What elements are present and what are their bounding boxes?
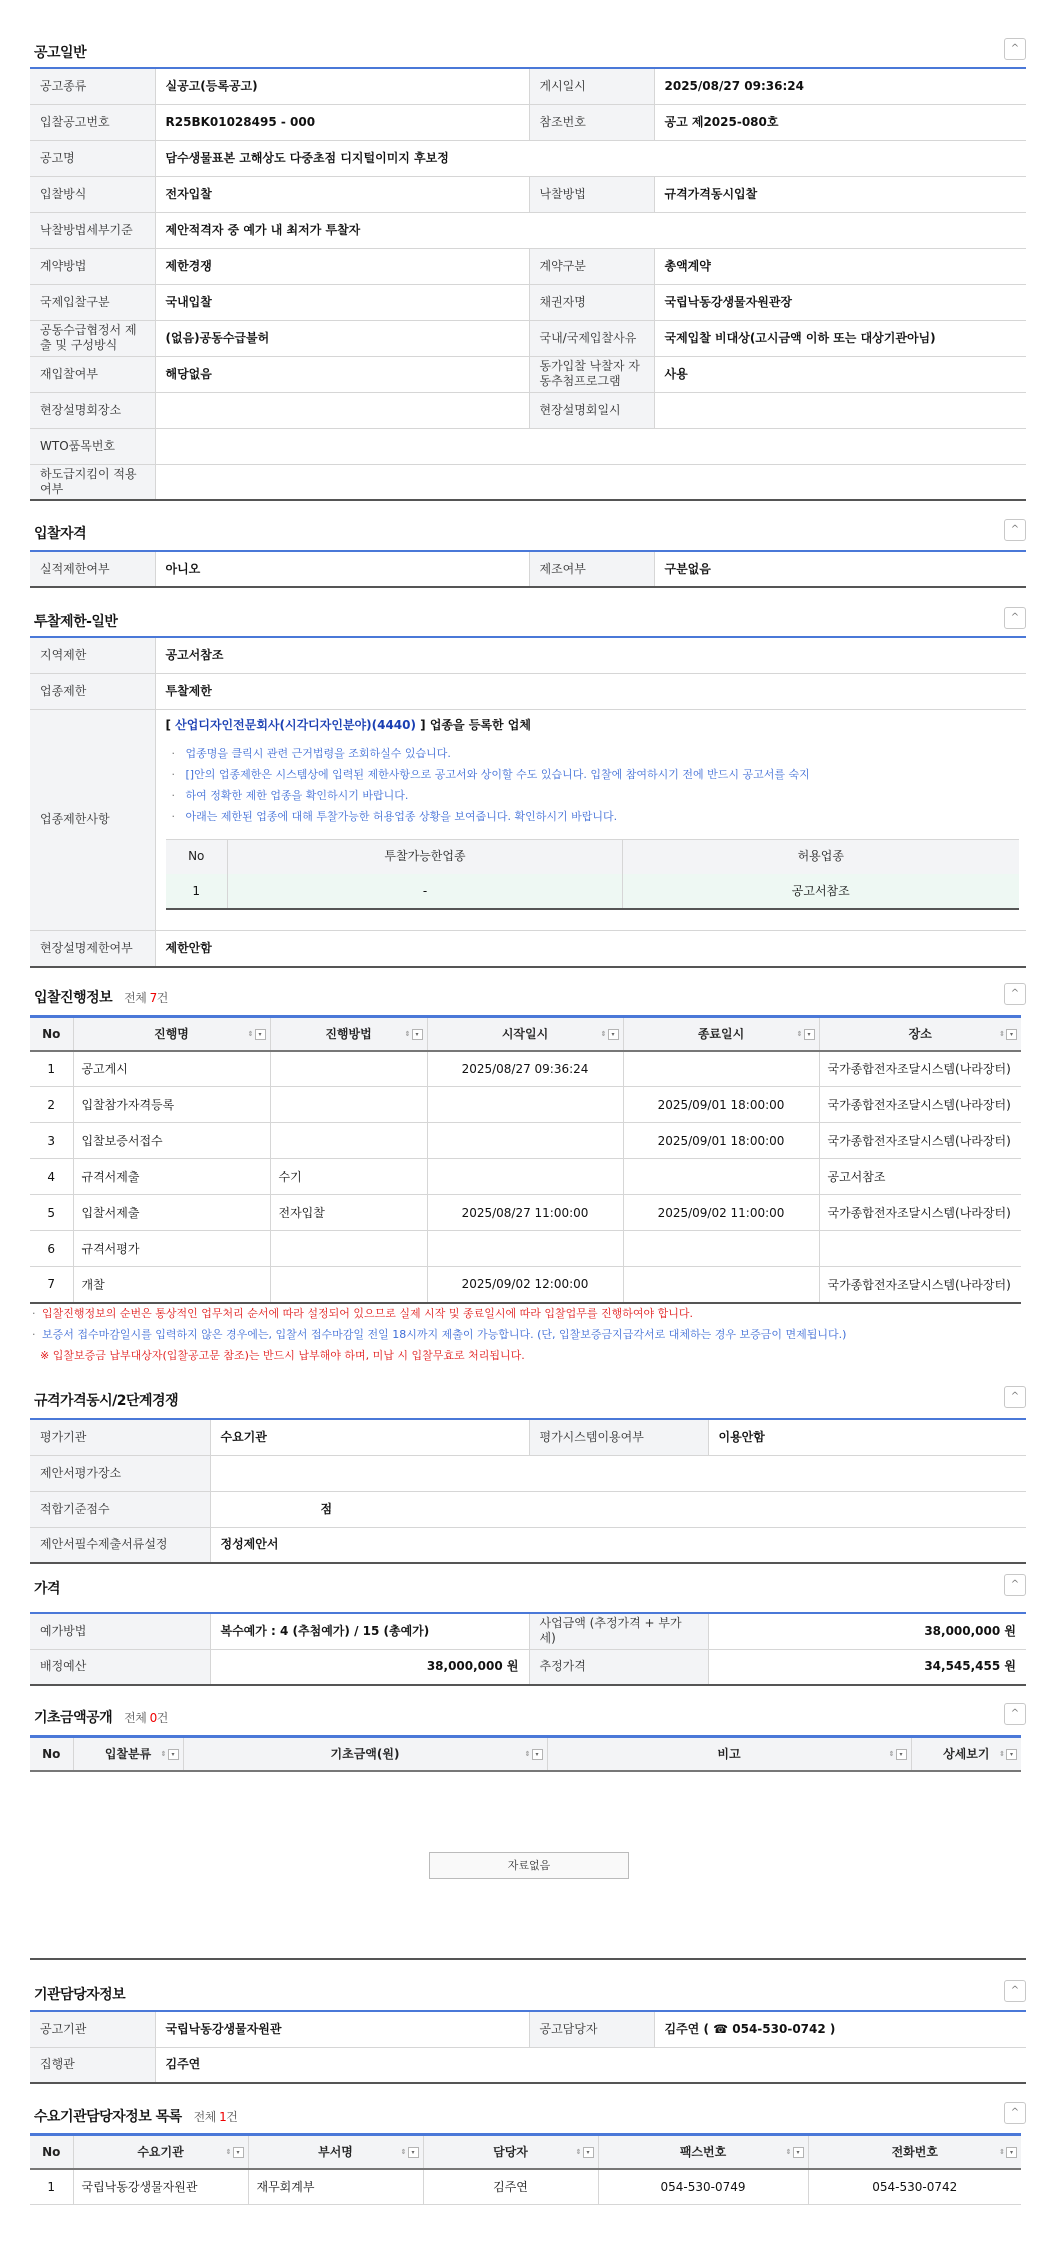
sort-filter-control[interactable]: ⇕▾ [401,2147,419,2158]
table-cell [623,1159,819,1195]
sort-filter-control[interactable]: ⇕▾ [999,1029,1017,1040]
base-price-section-title: 기초금액공개전체 0건 [34,1707,168,1727]
qualification-section-header: 입찰자격 ^ [30,519,1026,547]
field-value: 담수생물표본 고해상도 다중초점 디지털이미지 후보정 [155,140,1026,176]
dropdown-filter-icon[interactable]: ▾ [412,1029,423,1040]
restriction-info-table: 지역제한 공고서참조 업종제한 투찰제한 업종제한사항 [ 산업디자인전문회사(… [30,636,1026,968]
table-row: 7개찰2025/09/02 12:00:00국가종합전자조달시스템(나라장터) [30,1267,1021,1303]
contact-collapse-button[interactable]: ^ [1004,1980,1026,2002]
sort-filter-control[interactable]: ⇕▾ [601,1029,619,1040]
field-value: 국립낙동강생물자원관 [155,2011,529,2047]
note-item-continued: 하여 정확한 제한 업종을 확인하시기 바랍니다. [166,785,1017,806]
table-cell: 1 [30,1051,73,1087]
progress-notes: 입찰진행정보의 순번은 통상적인 업무처리 순서에 따라 설정되어 있으므로 실… [30,1303,1026,1366]
note-item: 업종명을 클릭시 관련 근거법령을 조회하실수 있습니다. [166,743,1017,764]
table-cell [623,1051,819,1087]
sort-icon[interactable]: ⇕ [248,1031,254,1038]
demand-section-title: 수요기관담당자정보 목록전체 1건 [34,2106,237,2126]
table-cell: 국가종합전자조달시스템(나라장터) [819,1267,1021,1303]
table-row: 현장설명제한여부 제한안함 [30,931,1026,967]
field-label: 입찰방식 [30,176,155,212]
field-label: 제안서평가장소 [30,1455,210,1491]
chevron-up-icon: ^ [1011,1985,1019,1996]
qualification-collapse-button[interactable]: ^ [1004,519,1026,541]
field-value: 김주연 ( ☎ 054-530-0742 ) [654,2011,1026,2047]
dropdown-filter-icon[interactable]: ▾ [255,1029,266,1040]
table-cell [270,1087,427,1123]
industry-restriction-detail: [ 산업디자인전문회사(시각디자인분야)(4440) ] 업종을 등록한 업체 … [155,709,1026,931]
table-row: 1공고게시2025/08/27 09:36:24국가종합전자조달시스템(나라장터… [30,1051,1021,1087]
sort-filter-control[interactable]: ⇕▾ [889,1749,907,1760]
table-cell: 재무회계부 [248,2169,423,2205]
field-label: 제안서필수제출서류설정 [30,1527,210,1563]
table-row: 하도급지킴이 적용여부 [30,464,1026,500]
field-value: 공고 제2025-080호 [654,104,1026,140]
field-label: 공고기관 [30,2011,155,2047]
table-row: 입찰방식전자입찰낙찰방법규격가격동시입찰 [30,176,1026,212]
table-row: 1 - 공고서참조 [166,874,1019,909]
field-label: 국내/국제입찰사유 [529,320,654,356]
field-label: 참조번호 [529,104,654,140]
general-info-table: 공고종류실공고(등록공고)게시일시2025/08/27 09:36:24입찰공고… [30,67,1026,501]
table-cell: 공고서참조 [819,1159,1021,1195]
column-header: 투찰가능한업종 [228,839,623,874]
column-header[interactable]: 시작일시⇕▾ [427,1017,623,1051]
field-value: 실공고(등록공고) [155,68,529,104]
column-header[interactable]: 입찰분류⇕▾ [73,1737,183,1771]
sort-icon[interactable]: ⇕ [999,1031,1005,1038]
field-value: 38,000,000 원 [210,1649,529,1685]
restriction-notes: 업종명을 클릭시 관련 근거법령을 조회하실수 있습니다. []안의 업종제한은… [166,743,1017,827]
column-header: No [166,839,228,874]
table-row: 공동수급협정서 제출 및 구성방식(없음)공동수급불허국내/국제입찰사유국제입찰… [30,320,1026,356]
table-cell: 규격서평가 [73,1231,270,1267]
column-header: No [30,1017,73,1051]
table-cell: 2025/09/01 18:00:00 [623,1087,819,1123]
table-row: 공고명담수생물표본 고해상도 다중초점 디지털이미지 후보정 [30,140,1026,176]
table-row: 낙찰방법세부기준제안적격자 중 예가 내 최저가 투찰자 [30,212,1026,248]
chevron-up-icon: ^ [1011,524,1019,535]
table-cell: 국가종합전자조달시스템(나라장터) [819,1123,1021,1159]
field-value: 이용안함 [708,1419,1026,1455]
field-value: 해당없음 [155,356,529,392]
column-header[interactable]: 장소⇕▾ [819,1017,1021,1051]
base-price-section-header: 기초금액공개전체 0건 ^ [30,1703,1026,1731]
no-data-message: 자료없음 [429,1852,629,1879]
allowed-industry-table: No 투찰가능한업종 허용업종 1 - 공고서참조 [166,839,1019,911]
two-stage-section-header: 규격가격동시/2단계경쟁 ^ [30,1386,1026,1414]
demand-section-header: 수요기관담당자정보 목록전체 1건 ^ [30,2102,1026,2130]
field-label: 채권자명 [529,284,654,320]
table-cell [270,1123,427,1159]
field-label: 집행관 [30,2047,155,2083]
table-cell [270,1231,427,1267]
table-row: 실적제한여부아니오제조여부구분없음 [30,551,1026,587]
table-row: 공고종류실공고(등록공고)게시일시2025/08/27 09:36:24 [30,68,1026,104]
base-price-collapse-button[interactable]: ^ [1004,1703,1026,1725]
table-row: 5입찰서제출전자입찰2025/08/27 11:00:002025/09/02 … [30,1195,1021,1231]
sort-filter-control[interactable]: ⇕▾ [797,1029,815,1040]
table-cell: 전자입찰 [270,1195,427,1231]
table-cell: 054-530-0749 [598,2169,808,2205]
field-label: 실적제한여부 [30,551,155,587]
warning-note: 입찰진행정보의 순번은 통상적인 업무처리 순서에 따라 설정되어 있으므로 실… [30,1303,1026,1324]
column-header: 허용업종 [623,839,1019,874]
table-row: 평가기관 수요기관 평가시스템이용여부 이용안함 [30,1419,1026,1455]
qualification-info-table: 실적제한여부아니오제조여부구분없음 [30,550,1026,588]
field-value: 정성제안서 [210,1527,1026,1563]
table-cell: 2025/09/02 11:00:00 [623,1195,819,1231]
table-row: 집행관 김주연 [30,2047,1026,2083]
demand-collapse-button[interactable]: ^ [1004,2102,1026,2124]
field-value: 2025/08/27 09:36:24 [654,68,1026,104]
field-value [155,392,529,428]
table-cell: 규격서제출 [73,1159,270,1195]
field-label: 업종제한 [30,673,155,709]
progress-section-title: 입찰진행정보전체 7건 [34,987,168,1007]
sort-icon[interactable]: ⇕ [601,1031,607,1038]
field-label: 입찰공고번호 [30,104,155,140]
table-cell: 1 [30,2169,73,2205]
dropdown-filter-icon[interactable]: ▾ [532,1749,543,1760]
field-label: 업종제한사항 [30,709,155,931]
total-count: 전체 1건 [194,2110,238,2124]
column-header[interactable]: 기초금액(원)⇕▾ [183,1737,547,1771]
table-cell: 054-530-0742 [808,2169,1021,2205]
section-divider [30,1958,1026,1960]
column-header[interactable]: 팩스번호⇕▾ [598,2135,808,2169]
table-cell: 국가종합전자조달시스템(나라장터) [819,1195,1021,1231]
table-row: 업종제한사항 [ 산업디자인전문회사(시각디자인분야)(4440) ] 업종을 … [30,709,1026,931]
table-cell [819,1231,1021,1267]
dropdown-filter-icon[interactable]: ▾ [1006,1749,1017,1760]
column-header[interactable]: 종료일시⇕▾ [623,1017,819,1051]
restriction-heading: [ 산업디자인전문회사(시각디자인분야)(4440) ] 업종을 등록한 업체 [166,718,1017,733]
field-label: 지역제한 [30,637,155,673]
table-cell: 2025/08/27 11:00:00 [427,1195,623,1231]
table-row: 지역제한 공고서참조 [30,637,1026,673]
table-row: 적합기준점수 점 [30,1491,1026,1527]
total-count: 전체 7건 [124,991,168,1005]
column-header[interactable]: 담당자⇕▾ [423,2135,598,2169]
table-cell [427,1123,623,1159]
table-cell [270,1051,427,1087]
chevron-up-icon: ^ [1011,2107,1019,2118]
table-row: 입찰공고번호R25BK01028495 - 000참조번호공고 제2025-08… [30,104,1026,140]
table-cell: 국가종합전자조달시스템(나라장터) [819,1087,1021,1123]
field-value: 김주연 [155,2047,1026,2083]
field-value: 제한경쟁 [155,248,529,284]
demand-grid: No수요기관⇕▾부서명⇕▾담당자⇕▾팩스번호⇕▾전화번호⇕▾ 1국립낙동강생물자… [30,2133,1021,2205]
dropdown-filter-icon[interactable]: ▾ [583,2147,594,2158]
field-value: 전자입찰 [155,176,529,212]
table-row: 1국립낙동강생물자원관재무회계부김주연054-530-0749054-530-0… [30,2169,1021,2205]
table-cell: 7 [30,1267,73,1303]
table-row: 2입찰참가자격등록2025/09/01 18:00:00국가종합전자조달시스템(… [30,1087,1021,1123]
field-label: 평가시스템이용여부 [529,1419,708,1455]
restriction-section-header: 투찰제한-일반 ^ [30,607,1026,635]
contact-section-header: 기관담당자정보 ^ [30,1980,1026,2008]
sort-icon[interactable]: ⇕ [999,2149,1005,2156]
column-header: No [30,2135,73,2169]
sort-icon[interactable]: ⇕ [999,1751,1005,1758]
field-label: 계약구분 [529,248,654,284]
table-cell: 2025/09/02 12:00:00 [427,1267,623,1303]
table-cell [270,1267,427,1303]
field-label: 사업금액 (추정가격 + 부가세) [529,1613,708,1649]
general-collapse-button[interactable]: ^ [1004,38,1026,60]
sort-icon[interactable]: ⇕ [161,1751,167,1758]
field-value [210,1455,1026,1491]
price-section-title: 가격 [34,1578,60,1598]
table-cell [427,1087,623,1123]
note-item: 아래는 제한된 업종에 대해 투찰가능한 허용업종 상황을 보여줍니다. 확인하… [166,806,1017,827]
table-cell: 입찰서제출 [73,1195,270,1231]
field-value: 국립낙동강생물자원관장 [654,284,1026,320]
field-label: 공고명 [30,140,155,176]
chevron-up-icon: ^ [1011,1579,1019,1590]
field-label: 공동수급협정서 제출 및 구성방식 [30,320,155,356]
progress-collapse-button[interactable]: ^ [1004,983,1026,1005]
field-label: 예가방법 [30,1613,210,1649]
field-value: 제한안함 [155,931,1026,967]
sort-filter-control[interactable]: ⇕▾ [248,1029,266,1040]
field-label: 현장설명제한여부 [30,931,155,967]
field-label: 재입찰여부 [30,356,155,392]
table-cell: 5 [30,1195,73,1231]
field-value [654,392,1026,428]
field-label: 제조여부 [529,551,654,587]
field-label: 낙찰방법 [529,176,654,212]
dropdown-filter-icon[interactable]: ▾ [233,2147,244,2158]
total-count: 전체 0건 [124,1711,168,1725]
sort-filter-control[interactable]: ⇕▾ [226,2147,244,2158]
table-row: 배정예산 38,000,000 원 추정가격 34,545,455 원 [30,1649,1026,1685]
column-header: No [30,1737,73,1771]
sort-filter-control[interactable]: ⇕▾ [405,1029,423,1040]
field-value: 38,000,000 원 [708,1613,1026,1649]
column-header[interactable]: 비고⇕▾ [547,1737,911,1771]
table-row: 국제입찰구분국내입찰채권자명국립낙동강생물자원관장 [30,284,1026,320]
field-value: 총액계약 [654,248,1026,284]
table-cell: 국가종합전자조달시스템(나라장터) [819,1051,1021,1087]
sort-filter-control[interactable]: ⇕▾ [786,2147,804,2158]
sort-icon[interactable]: ⇕ [786,2149,792,2156]
two-stage-section-title: 규격가격동시/2단계경쟁 [34,1390,178,1410]
column-header[interactable]: 부서명⇕▾ [248,2135,423,2169]
progress-section-header: 입찰진행정보전체 7건 ^ [30,983,1026,1011]
table-row: 6규격서평가 [30,1231,1021,1267]
field-label: 공고종류 [30,68,155,104]
dropdown-filter-icon[interactable]: ▾ [408,2147,419,2158]
table-cell: 3 [30,1123,73,1159]
note-item: []안의 업종제한은 시스템상에 입력된 제한사항으로 공고서와 상이할 수도 … [166,764,1017,785]
sort-icon[interactable]: ⇕ [226,2149,232,2156]
field-value: 공고서참조 [155,637,1026,673]
field-value: 규격가격동시입찰 [654,176,1026,212]
field-label: 동가입찰 낙찰자 자동추첨프로그램 [529,356,654,392]
field-value: 투찰제한 [155,673,1026,709]
field-value: 점 [210,1491,1026,1527]
restriction-section-title: 투찰제한-일반 [34,611,117,631]
column-header[interactable]: 진행방법⇕▾ [270,1017,427,1051]
progress-grid: No진행명⇕▾진행방법⇕▾시작일시⇕▾종료일시⇕▾장소⇕▾ 1공고게시2025/… [30,1015,1021,1304]
table-cell: 2 [30,1087,73,1123]
field-label: 국제입찰구분 [30,284,155,320]
chevron-up-icon: ^ [1011,1391,1019,1402]
sort-filter-control[interactable]: ⇕▾ [525,1749,543,1760]
field-value: R25BK01028495 - 000 [155,104,529,140]
two-stage-info-table: 평가기관 수요기관 평가시스템이용여부 이용안함 제안서평가장소 적합기준점수 … [30,1418,1026,1564]
field-value: 국제입찰 비대상(고시금액 이하 또는 대상기관아님) [654,320,1026,356]
restriction-collapse-button[interactable]: ^ [1004,607,1026,629]
field-label: 적합기준점수 [30,1491,210,1527]
chevron-up-icon: ^ [1011,43,1019,54]
phone-icon: ☎ [713,2022,728,2036]
field-label: 현장설명회장소 [30,392,155,428]
base-price-grid: No입찰분류⇕▾기초금액(원)⇕▾비고⇕▾상세보기⇕▾ [30,1735,1021,1772]
qualification-section-title: 입찰자격 [34,523,86,543]
industry-link[interactable]: 산업디자인전문회사(시각디자인분야)(4440) [175,718,416,732]
warning-note: ※ 입찰보증금 납부대상자(입찰공고문 참조)는 반드시 납부해야 하며, 미납… [30,1345,1026,1366]
sort-filter-control[interactable]: ⇕▾ [999,1749,1017,1760]
contact-info-table: 공고기관 국립낙동강생물자원관 공고담당자 김주연 ( ☎ 054-530-07… [30,2010,1026,2084]
dropdown-filter-icon[interactable]: ▾ [1006,1029,1017,1040]
sort-icon[interactable]: ⇕ [889,1751,895,1758]
field-label: WTO품목번호 [30,428,155,464]
dropdown-filter-icon[interactable]: ▾ [608,1029,619,1040]
field-label: 공고담당자 [529,2011,654,2047]
field-value: 사용 [654,356,1026,392]
field-label: 배정예산 [30,1649,210,1685]
table-cell: 공고게시 [73,1051,270,1087]
table-cell: 2025/08/27 09:36:24 [427,1051,623,1087]
table-row: 예가방법 복수예가 : 4 (추첨예가) / 15 (총예가) 사업금액 (추정… [30,1613,1026,1649]
field-value: 구분없음 [654,551,1026,587]
table-row: 제안서필수제출서류설정 정성제안서 [30,1527,1026,1563]
sort-icon[interactable]: ⇕ [401,2149,407,2156]
table-cell: 국립낙동강생물자원관 [73,2169,248,2205]
field-label: 게시일시 [529,68,654,104]
field-label: 추정가격 [529,1649,708,1685]
field-label: 평가기관 [30,1419,210,1455]
sort-icon[interactable]: ⇕ [525,1751,531,1758]
field-value: 아니오 [155,551,529,587]
column-header[interactable]: 진행명⇕▾ [73,1017,270,1051]
contact-section-title: 기관담당자정보 [34,1984,125,2004]
table-cell: 입찰보증서접수 [73,1123,270,1159]
two-stage-collapse-button[interactable]: ^ [1004,1386,1026,1408]
table-cell: 개찰 [73,1267,270,1303]
chevron-up-icon: ^ [1011,988,1019,999]
sort-filter-control[interactable]: ⇕▾ [576,2147,594,2158]
field-value: (없음)공동수급불허 [155,320,529,356]
table-row: 업종제한 투찰제한 [30,673,1026,709]
field-label: 낙찰방법세부기준 [30,212,155,248]
table-row: 계약방법제한경쟁계약구분총액계약 [30,248,1026,284]
field-value: 복수예가 : 4 (추첨예가) / 15 (총예가) [210,1613,529,1649]
chevron-up-icon: ^ [1011,612,1019,623]
dropdown-filter-icon[interactable]: ▾ [1006,2147,1017,2158]
chevron-up-icon: ^ [1011,1708,1019,1719]
table-cell: 4 [30,1159,73,1195]
field-value [155,464,1026,500]
field-label: 하도급지킴이 적용여부 [30,464,155,500]
price-info-table: 예가방법 복수예가 : 4 (추첨예가) / 15 (총예가) 사업금액 (추정… [30,1612,1026,1686]
table-cell: 입찰참가자격등록 [73,1087,270,1123]
column-header[interactable]: 수요기관⇕▾ [73,2135,248,2169]
dropdown-filter-icon[interactable]: ▾ [168,1749,179,1760]
dropdown-filter-icon[interactable]: ▾ [896,1749,907,1760]
table-row: 재입찰여부해당없음동가입찰 낙찰자 자동추첨프로그램사용 [30,356,1026,392]
field-value: 국내입찰 [155,284,529,320]
general-section-title: 공고일반 [34,42,86,62]
table-cell [623,1231,819,1267]
field-value: 34,545,455 원 [708,1649,1026,1685]
field-label: 계약방법 [30,248,155,284]
sort-icon[interactable]: ⇕ [405,1031,411,1038]
sort-filter-control[interactable]: ⇕▾ [161,1749,179,1760]
table-row: 제안서평가장소 [30,1455,1026,1491]
table-row: 4규격서제출수기공고서참조 [30,1159,1021,1195]
table-cell: 수기 [270,1159,427,1195]
field-label: 현장설명회일시 [529,392,654,428]
table-cell [427,1231,623,1267]
field-value: 수요기관 [210,1419,529,1455]
table-row: 공고기관 국립낙동강생물자원관 공고담당자 김주연 ( ☎ 054-530-07… [30,2011,1026,2047]
column-header[interactable]: 상세보기⇕▾ [911,1737,1021,1771]
table-cell [427,1159,623,1195]
column-header[interactable]: 전화번호⇕▾ [808,2135,1021,2169]
price-collapse-button[interactable]: ^ [1004,1574,1026,1596]
table-row: WTO품목번호 [30,428,1026,464]
table-cell [623,1267,819,1303]
field-value: 제안적격자 중 예가 내 최저가 투찰자 [155,212,1026,248]
table-cell: 6 [30,1231,73,1267]
field-value [155,428,1026,464]
sort-icon[interactable]: ⇕ [797,1031,803,1038]
info-note: 보증서 접수마감일시를 입력하지 않은 경우에는, 입찰서 접수마감일 전일 1… [30,1324,1026,1345]
table-row: 3입찰보증서접수2025/09/01 18:00:00국가종합전자조달시스템(나… [30,1123,1021,1159]
price-section-header: 가격 ^ [30,1574,1026,1602]
dropdown-filter-icon[interactable]: ▾ [804,1029,815,1040]
sort-icon[interactable]: ⇕ [576,2149,582,2156]
dropdown-filter-icon[interactable]: ▾ [793,2147,804,2158]
table-row: 현장설명회장소현장설명회일시 [30,392,1026,428]
sort-filter-control[interactable]: ⇕▾ [999,2147,1017,2158]
general-section-header: 공고일반 ^ [30,38,1026,66]
table-cell: 2025/09/01 18:00:00 [623,1123,819,1159]
table-cell: 김주연 [423,2169,598,2205]
